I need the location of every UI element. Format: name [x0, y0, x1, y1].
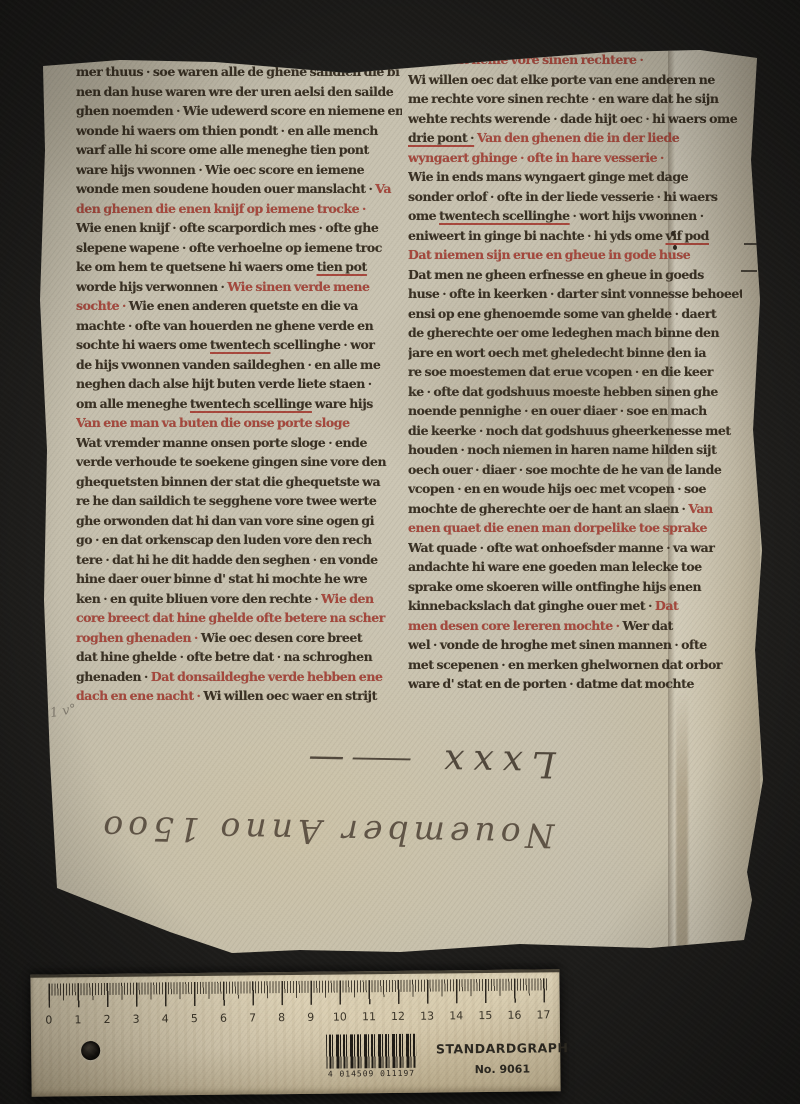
- manuscript-line: verde verhoude te soekene gingen sine vo…: [76, 452, 402, 472]
- manuscript-line: andachte hi ware ene goeden man lelecke …: [408, 557, 742, 577]
- manuscript-line: houden · noch niemen in haren name hilde…: [408, 440, 742, 460]
- body-text: ghequetsten binnen der stat die ghequets…: [76, 474, 380, 489]
- ruler-cm-number: 5: [191, 1012, 198, 1025]
- ruler-model-label: No. 9061: [427, 1062, 577, 1077]
- rubric-text: enen quaet die enen man dorpelike toe sp…: [408, 520, 707, 535]
- rubric-text: core breect dat hine ghelde ofte betere …: [76, 610, 385, 625]
- manuscript-line: Wat vremder manne onsen porte sloge · en…: [76, 433, 402, 453]
- body-text: ensi op ene ghenoemde some van ghelde · …: [408, 306, 716, 321]
- ruler-cm-number: 16: [507, 1009, 521, 1022]
- body-text: neghen dach alse hijt buten verde liete …: [76, 376, 372, 391]
- body-text: om alle meneghe: [76, 396, 190, 411]
- manuscript-line: de gherechte oer ome ledeghen mach binne…: [408, 323, 742, 343]
- manuscript-line: Wie in ends mans wyngaert ginge met dage: [408, 167, 742, 187]
- manuscript-line: tere · dat hi he dit hadde den seghen · …: [76, 550, 402, 570]
- body-text: wehte rechts werende · dade hijt oec · h…: [408, 111, 737, 126]
- body-text: drie pont ·: [408, 130, 474, 145]
- ruler-cm-number: 1: [74, 1013, 81, 1026]
- body-text: nen dan huse waren wre der uren aelsi de…: [76, 84, 393, 99]
- body-text: wel · vonde de hroghe met sinen mannen ·…: [408, 637, 707, 652]
- manuscript-line: go · en dat orkenscap den luden vore den…: [76, 530, 402, 550]
- body-text: go · en dat orkenscap den luden vore den…: [76, 532, 372, 547]
- body-text: wonde hi waers om thien pondt · en alle …: [76, 123, 378, 138]
- manuscript-line: ensi op ene ghenoemde some van ghelde · …: [408, 304, 742, 324]
- ruler-cm-number: 9: [307, 1011, 314, 1024]
- manuscript-line: ken · en quite bliuen vore den rechte · …: [76, 589, 402, 609]
- manuscript-line: men desen core lereren mochte · Wer dat: [408, 616, 742, 636]
- manuscript-line: den ghenen die enen knijf op iemene troc…: [76, 199, 402, 219]
- manuscript-line: Wi willen oec dat elke porte van ene and…: [408, 70, 742, 90]
- rubric-text: dach en ene nacht ·: [76, 688, 200, 703]
- ruler-cm-ticks: [48, 978, 548, 1007]
- barcode: [326, 1034, 416, 1069]
- parchment-slit: [741, 270, 757, 272]
- rubric-text: den ghenen die enen knijf op iemene troc…: [76, 201, 366, 216]
- manuscript-line: ware d' stat en de porten · datme dat mo…: [408, 674, 742, 694]
- manuscript-line: kinnebackslach dat ginghe ouer met · Dat: [408, 596, 742, 616]
- body-text: huse · ofte in keerken · darter sint von…: [408, 286, 742, 301]
- body-text: slepene wapene · ofte verhoelne op iemen…: [76, 240, 382, 255]
- manuscript-line: drie pont · Van den ghenen die in der li…: [408, 128, 742, 148]
- ruler-cm-number: 10: [333, 1010, 347, 1023]
- parchment-leaf: mer thuus · soe waren alle de ghene sail…: [0, 0, 800, 1104]
- body-text: oech ouer · diaer · soe mochte de he van…: [408, 462, 721, 477]
- manuscript-line: oech ouer · diaer · soe mochte de he van…: [408, 460, 742, 480]
- manuscript-line: Wie enen knijf · ofte scarpordich mes · …: [76, 218, 402, 238]
- body-text: Wie enen knijf · ofte scarpordich mes · …: [76, 220, 378, 235]
- body-text: mer thuus · soe waren alle de ghene sail…: [76, 64, 399, 79]
- body-text: ken · en quite bliuen vore den rechte ·: [76, 591, 321, 606]
- ruler-cm-number: 7: [249, 1011, 256, 1024]
- rubric-text: Van ene man va buten die onse porte slog…: [76, 415, 350, 430]
- body-text: noende pennighe · en ouer diaer · soe en…: [408, 403, 707, 418]
- rubric-text: Van den ghenen die in der liede: [474, 130, 679, 145]
- body-text: Wi willen oec waer en strijt: [200, 688, 376, 703]
- manuscript-line: ghequetsten binnen der stat die ghequets…: [76, 472, 402, 492]
- manuscript-line: Van ene man va buten die onse porte slog…: [76, 413, 402, 433]
- manuscript-line: ghe orwonden dat hi dan van vore sine og…: [76, 511, 402, 531]
- manuscript-line: hine daer ouer binne d' stat hi mochte h…: [76, 569, 402, 589]
- manuscript-line: Dat men ne gheen erfnesse en gheue in go…: [408, 265, 742, 285]
- manuscript-line: met scepenen · en merken ghelwornen dat …: [408, 655, 742, 675]
- rubric-text: Wie sinen verde mene: [227, 279, 369, 294]
- body-text: · wort hijs vwonnen ·: [570, 208, 704, 223]
- manuscript-line: enen quaet die enen man dorpelike toe sp…: [408, 518, 742, 538]
- body-text: ware hijs vwonnen · Wie oec score en iem…: [76, 162, 364, 177]
- ruler-cm-number: 12: [391, 1010, 405, 1023]
- body-text: vif pod: [666, 228, 709, 243]
- manuscript-line: dach en ene nacht · Wi willen oec waer e…: [76, 686, 402, 706]
- rubric-text: Dat niemen sijn erue en gheue in gode hu…: [408, 247, 690, 262]
- body-text: Wat vremder manne onsen porte sloge · en…: [76, 435, 367, 450]
- rubric-text: Wie den: [321, 591, 374, 606]
- ruler-cm-number: 14: [449, 1009, 463, 1022]
- body-text: mochte de gherechte oer de hant an slaen…: [408, 501, 688, 516]
- body-text: de gherechte oer ome ledeghen mach binne…: [408, 325, 719, 340]
- manuscript-line: worde hijs verwonnen · Wie sinen verde m…: [76, 277, 402, 297]
- manuscript-line: sochte · Wie enen anderen quetste en die…: [76, 296, 402, 316]
- manuscript-line: wonde men soudene houden ouer manslacht …: [76, 179, 402, 199]
- ruler: 01234567891011121314151617 4 014509 0111…: [30, 969, 560, 1097]
- body-text: Dat men ne gheen erfnesse en gheue in go…: [408, 267, 704, 282]
- body-text: ke · ofte dat godshuus moeste hebben sin…: [408, 384, 718, 399]
- body-text: Wie oec desen core breet: [201, 630, 362, 645]
- manuscript-line: warf alle hi score ome alle meneghe tien…: [76, 140, 402, 160]
- body-text: Wi willen oec dat elke porte van ene and…: [408, 72, 715, 87]
- inscription-numeral-line: Lxxx ⸺—: [55, 726, 556, 801]
- inscription-upside-down: Nouember Anno 15oo Lxxx ⸺—: [54, 722, 556, 873]
- body-text: re he dan saildich te segghene vore twee…: [76, 493, 376, 508]
- body-text: andachte hi ware ene goeden man lelecke …: [408, 559, 702, 574]
- body-text: re soe moestemen dat erue vcopen · en di…: [408, 364, 713, 379]
- body-text: me rechte vore sinen rechte · en ware da…: [408, 91, 718, 106]
- body-text: ome: [408, 208, 439, 223]
- body-text: eniweert in ginge bi nachte · hi yds ome: [408, 228, 666, 243]
- ruler-cm-number: 6: [220, 1012, 227, 1025]
- manuscript-line: re soe moestemen dat erue vcopen · en di…: [408, 362, 742, 382]
- manuscript-line: wonde hi waers om thien pondt · en alle …: [76, 121, 402, 141]
- ruler-cm-number: 3: [133, 1013, 140, 1026]
- manuscript-line: core breect dat hine ghelde ofte betere …: [76, 608, 402, 628]
- manuscript-line: sochte hi waers ome twentech scellinghe …: [76, 335, 402, 355]
- body-text: ware hijs: [312, 396, 373, 411]
- manuscript-line: wyngaert ghinge · ofte in hare vesserie …: [408, 148, 742, 168]
- ruler-cm-number: 15: [478, 1009, 492, 1022]
- manuscript-line: noende pennighe · en ouer diaer · soe en…: [408, 401, 742, 421]
- manuscript-line: Wat quade · ofte wat onhoefsder manne · …: [408, 538, 742, 558]
- ruler-cm-number: 2: [103, 1013, 110, 1026]
- parchment-edge-stain: [676, 690, 688, 952]
- manuscript-line: machte · ofte van houerden ne ghene verd…: [76, 316, 402, 336]
- body-text: die keerke · noch dat godshuus gheerkene…: [408, 423, 731, 438]
- ruler-cm-number: 13: [420, 1010, 434, 1023]
- manuscript-line: de hijs vwonnen vanden saildeghen · en a…: [76, 355, 402, 375]
- manuscript-line: ghenaden · Dat donsaildeghe verde hebben…: [76, 667, 402, 687]
- manuscript-line: nen dan huse waren wre der uren aelsi de…: [76, 82, 402, 102]
- ruler-cm-number: 0: [45, 1014, 52, 1027]
- body-text: hine daer ouer binne d' stat hi mochte h…: [76, 571, 367, 586]
- text-column-right: ven recht neme vore sinen rechtere ·Wi w…: [408, 50, 742, 694]
- manuscript-line: mer thuus · soe waren alle de ghene sail…: [76, 62, 402, 82]
- body-text: ke om hem te quetsene hi waers ome: [76, 259, 317, 274]
- manuscript-line: wel · vonde de hroghe met sinen mannen ·…: [408, 635, 742, 655]
- body-text: verde verhoude te soekene gingen sine vo…: [76, 454, 386, 469]
- body-text: houden · noch niemen in haren name hilde…: [408, 442, 716, 457]
- text-column-left: mer thuus · soe waren alle de ghene sail…: [76, 62, 402, 706]
- body-text: twentech scellinge: [190, 396, 312, 411]
- body-text: warf alle hi score ome alle meneghe tien…: [76, 142, 369, 157]
- body-text: dat hine ghelde · ofte betre dat · na sc…: [76, 649, 372, 664]
- manuscript-line: roghen ghenaden · Wie oec desen core bre…: [76, 628, 402, 648]
- body-text: sonder orlof · ofte in der liede vesseri…: [408, 189, 717, 204]
- ruler-cm-number: 17: [536, 1008, 550, 1021]
- ruler-cm-number: 8: [278, 1011, 285, 1024]
- manuscript-line: ke · ofte dat godshuus moeste hebben sin…: [408, 382, 742, 402]
- manuscript-line: wehte rechts werende · dade hijt oec · h…: [408, 109, 742, 129]
- body-text: ghenaden ·: [76, 669, 151, 684]
- body-text: tere · dat hi he dit hadde den seghen · …: [76, 552, 378, 567]
- manuscript-line: neghen dach alse hijt buten verde liete …: [76, 374, 402, 394]
- body-text: wonde men soudene houden ouer manslacht …: [76, 181, 375, 196]
- body-text: twentech: [210, 337, 270, 352]
- inscription-date-line: Nouember Anno 15oo: [54, 792, 555, 873]
- manuscript-line: jare en wort oech met gheledecht binne d…: [408, 343, 742, 363]
- body-text: Wer dat: [622, 618, 672, 633]
- body-text: twentech scellinghe: [439, 208, 570, 223]
- barcode-digits: 4 014509 011197: [323, 1069, 419, 1079]
- manuscript-line: ke om hem te quetsene hi waers ome tien …: [76, 257, 402, 277]
- rubric-text: sochte ·: [76, 298, 126, 313]
- manuscript-line: me rechte vore sinen rechte · en ware da…: [408, 89, 742, 109]
- manuscript-line: sonder orlof · ofte in der liede vesseri…: [408, 187, 742, 207]
- manuscript-line: Dat niemen sijn erue en gheue in gode hu…: [408, 245, 742, 265]
- rubric-text: ven recht neme vore sinen rechtere ·: [408, 52, 643, 67]
- manuscript-line: ghen noemden · Wie udewerd score en niem…: [76, 101, 402, 121]
- folio-mark: 1 v°: [49, 702, 77, 721]
- body-text: vcopen · en en woude hijs oec met vcopen…: [408, 481, 706, 496]
- manuscript-line: dat hine ghelde · ofte betre dat · na sc…: [76, 647, 402, 667]
- body-text: de hijs vwonnen vanden saildeghen · en a…: [76, 357, 380, 372]
- manuscript-line: vcopen · en en woude hijs oec met vcopen…: [408, 479, 742, 499]
- manuscript-photo: { "scene": { "description": "Photograph …: [0, 0, 800, 1104]
- body-text: Wie in ends mans wyngaert ginge met dage: [408, 169, 688, 184]
- manuscript-line: re he dan saildich te segghene vore twee…: [76, 491, 402, 511]
- rubric-text: Dat donsaildeghe verde hebben ene: [151, 669, 383, 684]
- ruler-brand-label: STANDARDGRAPH: [427, 1040, 577, 1057]
- body-text: scellinghe · wor: [270, 337, 374, 352]
- rubric-text: wyngaert ghinge · ofte in hare vesserie …: [408, 150, 664, 165]
- manuscript-line: ware hijs vwonnen · Wie oec score en iem…: [76, 160, 402, 180]
- body-text: met scepenen · en merken ghelwornen dat …: [408, 657, 722, 672]
- manuscript-line: om alle meneghe twentech scellinge ware …: [76, 394, 402, 414]
- ruler-number-row: 01234567891011121314151617: [31, 1008, 560, 1030]
- manuscript-line: sprake ome skoeren wille ontfinghe hijs …: [408, 577, 742, 597]
- manuscript-line: ome twentech scellinghe · wort hijs vwon…: [408, 206, 742, 226]
- body-text: ghe orwonden dat hi dan van vore sine og…: [76, 513, 374, 528]
- manuscript-line: slepene wapene · ofte verhoelne op iemen…: [76, 238, 402, 258]
- body-text: sochte hi waers ome: [76, 337, 210, 352]
- rubric-text: Dat: [655, 598, 678, 613]
- rubric-text: Va: [375, 181, 391, 196]
- parchment-slit: [744, 243, 760, 245]
- body-text: Wat quade · ofte wat onhoefsder manne · …: [408, 540, 714, 555]
- manuscript-line: huse · ofte in keerken · darter sint von…: [408, 284, 742, 304]
- body-text: ghen noemden · Wie udewerd score en niem…: [76, 103, 402, 118]
- body-text: tien pot: [317, 259, 367, 274]
- ruler-cm-number: 4: [162, 1012, 169, 1025]
- ruler-hanging-hole: [81, 1041, 100, 1060]
- body-text: jare en wort oech met gheledecht binne d…: [408, 345, 706, 360]
- manuscript-line: ven recht neme vore sinen rechtere ·: [408, 50, 742, 70]
- rubric-text: roghen ghenaden ·: [76, 630, 201, 645]
- body-text: Wie enen anderen quetste en die va: [126, 298, 358, 313]
- body-text: kinnebackslach dat ginghe ouer met ·: [408, 598, 655, 613]
- manuscript-line: mochte de gherechte oer de hant an slaen…: [408, 499, 742, 519]
- body-text: sprake ome skoeren wille ontfinghe hijs …: [408, 579, 701, 594]
- rubric-text: men desen core lereren mochte ·: [408, 618, 622, 633]
- ruler-cm-number: 11: [362, 1010, 376, 1023]
- body-text: machte · ofte van houerden ne ghene verd…: [76, 318, 373, 333]
- body-text: ware d' stat en de porten · datme dat mo…: [408, 676, 694, 691]
- rubric-text: Van: [688, 501, 712, 516]
- manuscript-line: die keerke · noch dat godshuus gheerkene…: [408, 421, 742, 441]
- body-text: worde hijs verwonnen ·: [76, 279, 227, 294]
- manuscript-line: eniweert in ginge bi nachte · hi yds ome…: [408, 226, 742, 246]
